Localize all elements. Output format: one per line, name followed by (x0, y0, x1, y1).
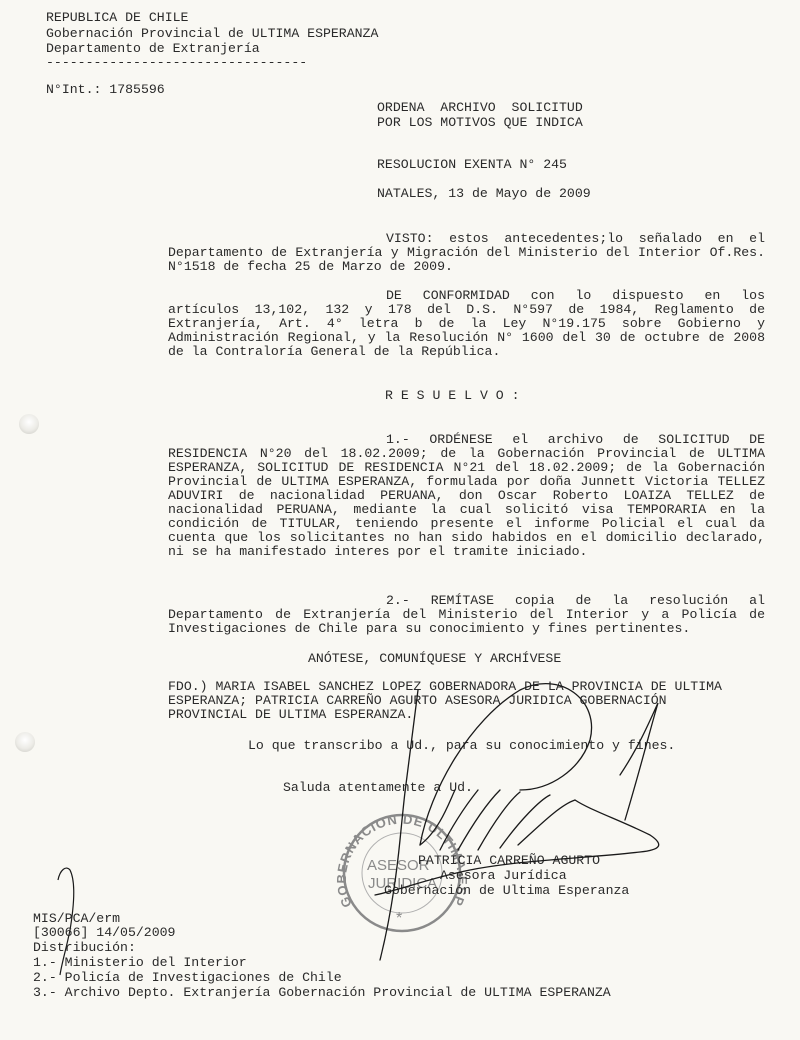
reference: [30066] 14/05/2009 (33, 926, 175, 940)
handwritten-signature (0, 0, 800, 1040)
distribution-item: 3.- Archivo Depto. Extranjería Gobernaci… (33, 986, 611, 1000)
distribution-item: 2.- Policía de Investigaciones de Chile (33, 971, 342, 985)
distribution-label: Distribución: (33, 941, 136, 955)
initials: MIS/PCA/erm (33, 912, 120, 926)
distribution-item: 1.- Ministerio del Interior (33, 956, 247, 970)
